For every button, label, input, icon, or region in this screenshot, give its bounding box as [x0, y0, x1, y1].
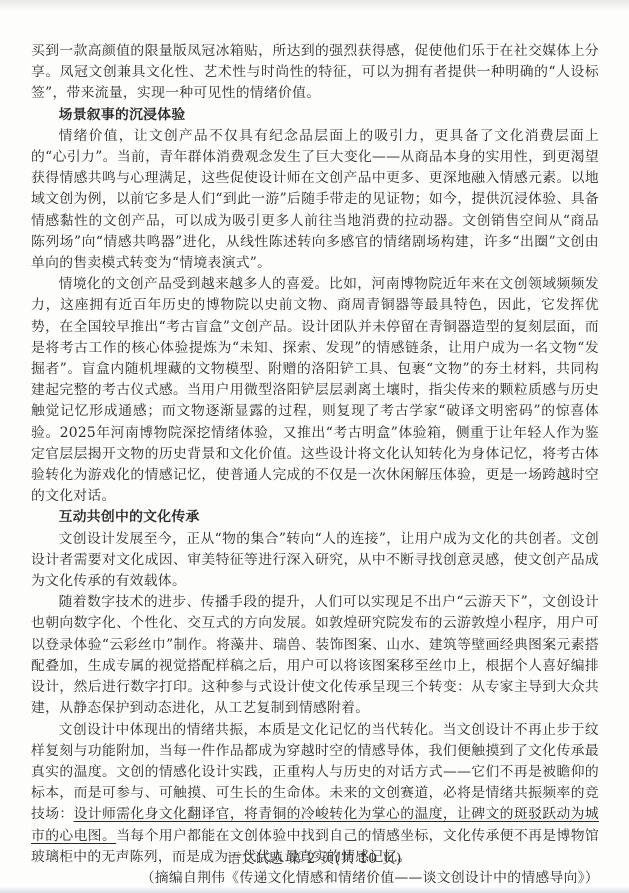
- subheading-scene-narrative: 场景叙事的沉浸体验: [31, 105, 599, 126]
- source-attribution: （摘编自荆伟《传递文化情感和情绪价值——谈文创设计中的情感导向》）: [31, 868, 599, 889]
- paragraph-cocreation: 文创设计发展至今，正从“物的集合”转向“人的连接”，让用户成为文化的共创者。文创…: [31, 529, 599, 593]
- scan-edge-top: [0, 0, 629, 12]
- paragraph-conclusion: 文创设计中体现出的情绪共振，本质是文化记忆的当代转化。当文创设计不再止步于纹样复…: [31, 720, 599, 868]
- page-footer: 语文试题 第 2 页(共 10 页): [0, 847, 629, 867]
- scan-edge-bottom: [0, 887, 629, 893]
- subheading-interactive-cocreation: 互动共创中的文化传承: [31, 507, 599, 528]
- paragraph-henan-museum: 情境化的文创产品受到越来越多人的喜爱。比如，河南博物院近年来在文创领域频频发力，…: [31, 274, 599, 507]
- exam-page: 买到一款高颜值的限量版凤冠冰箱贴，所达到的强烈获得感，促使他们乐于在社交媒体上分…: [0, 0, 629, 893]
- paragraph-emotional-value: 情绪价值，让文创产品不仅具有纪念品层面上的吸引力，更具备了文化消费层面上的“心引…: [31, 126, 599, 274]
- paragraph-digital-tech: 随着数字技术的进步、传播手段的提升，人们可以实现足不出户“云游天下”，文创设计也…: [31, 592, 599, 719]
- passage-body: 买到一款高颜值的限量版凤冠冰箱贴，所达到的强烈获得感，促使他们乐于在社交媒体上分…: [31, 41, 599, 889]
- paragraph-continuation: 买到一款高颜值的限量版凤冠冰箱贴，所达到的强烈获得感，促使他们乐于在社交媒体上分…: [31, 41, 599, 105]
